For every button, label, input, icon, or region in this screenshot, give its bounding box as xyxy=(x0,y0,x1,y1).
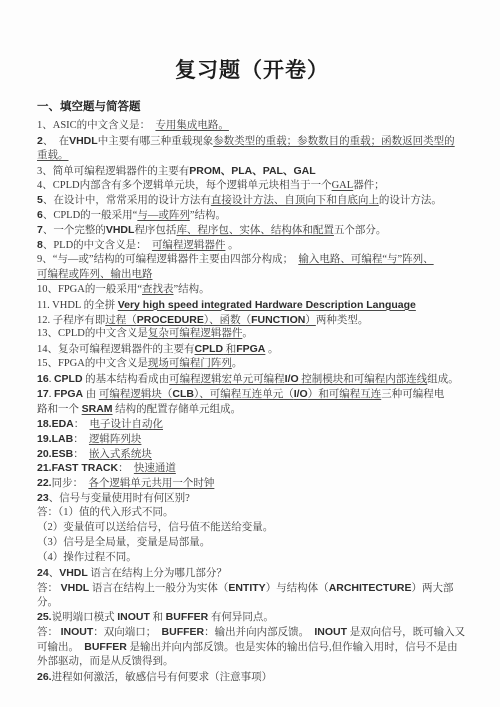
text-segment: SRAM xyxy=(82,403,113,415)
text-segment: 1、ASIC的中文含义是： xyxy=(37,120,155,131)
text-line: 13、CPLD的中文含义是复杂可编程逻辑器件。 xyxy=(37,327,467,342)
text-segment: 复杂可编程逻辑器件 xyxy=(148,328,243,339)
text-segment: BUFFER xyxy=(166,611,209,623)
text-segment: 输入电路、可编程“与”阵列、 xyxy=(298,254,433,265)
text-segment: 15、FPGA的中文含义是 xyxy=(37,358,148,369)
text-segment: 结构的配置存储单元组成。 xyxy=(113,404,242,415)
text-line: 7、一个完整的VHDL程序包括库、程序包、实体、结构体和配置五个部分。 xyxy=(37,223,467,238)
text-segment: 查找表 xyxy=(142,284,174,295)
text-line: 2、 在VHDL中主要有哪三种重载现象参数类型的重载；参数数目的重载；函数返回类… xyxy=(37,134,467,149)
text-line: 5、在设计中，常常采用的设计方法有直接设计方法、自顶向下和自底向上的设计方法。 xyxy=(37,193,467,208)
text-segment: PROCEDURE xyxy=(137,314,204,326)
text-segment: ENTITY xyxy=(228,582,265,594)
text-line: 23、信号与变量使用时有何区别? xyxy=(37,491,467,506)
text-segment: INOUT xyxy=(117,611,150,623)
text-segment: 各个逻辑单元共用一个时钟 xyxy=(88,478,214,489)
text-segment: 参数类型的重载；参数数目的重载；函数返回类型的 xyxy=(213,136,455,147)
text-segment: 两种类型。 xyxy=(316,315,369,326)
text-segment: 答： xyxy=(37,627,61,638)
text-segment: 、信号与变量使用时有何区别? xyxy=(49,493,190,504)
text-segment: 进程如何激活，敏感信号有何要求（注意事项） xyxy=(52,672,273,683)
text-segment: ）和可编程互连 xyxy=(308,389,382,400)
text-segment: Very high speed integrated Hardware Desc… xyxy=(118,299,416,311)
text-segment: 五个部分。 xyxy=(334,225,387,236)
text-segment: GAL xyxy=(332,180,354,191)
text-segment: 程序包括 xyxy=(134,225,176,236)
text-segment: 说明端口模式 xyxy=(52,612,118,623)
text-segment: （3）信号是全局量，变量是局部量。 xyxy=(37,537,210,548)
text-line: 6、CPLD的一般采用“与—或阵列”结构。 xyxy=(37,208,467,223)
text-segment: 分。 xyxy=(37,597,58,608)
text-segment: （4）操作过程不同。 xyxy=(37,552,137,563)
text-segment: 电子设计自动化 xyxy=(90,419,164,430)
text-segment: 答： xyxy=(37,583,61,594)
text-segment: ）与结构体（ xyxy=(266,583,329,594)
text-line: 26.进程如何激活，敏感信号有何要求（注意事项） xyxy=(37,670,467,685)
text-line: 17. FPGA 由 可编程逻辑块（CLB）、可编程互连单元（I/O）和可编程互… xyxy=(37,387,467,402)
text-line: 4、CPLD内部含有多个逻辑单元块，每个逻辑单元块相当于一个GAL器件； xyxy=(37,179,467,194)
text-segment: 4、CPLD内部含有多个逻辑单元块，每个逻辑单元块相当于一个 xyxy=(37,180,332,191)
text-line: 路和一个 SRAM 结构的配置存储单元组成。 xyxy=(37,402,467,417)
text-line: 外部驱动，而是从反馈得到。 xyxy=(37,655,467,670)
text-segment: 、 在 xyxy=(43,136,69,147)
text-segment: 答：（1）值的代入形式不同。 xyxy=(37,507,174,518)
text-line: 可输出。 BUFFER 是输出并向内部反馈。也是实体的输出信号,但作输入用时，信… xyxy=(37,640,467,655)
text-line: 10、FPGA的一般采用“查找表”结构。 xyxy=(37,283,467,298)
text-segment: BUFFER xyxy=(162,626,205,638)
text-segment: 12. 子程序有即 xyxy=(37,315,105,326)
text-segment: 过程（ xyxy=(105,315,137,326)
text-segment: （2）变量值可以送给信号，信号值不能送给变量。 xyxy=(37,522,273,533)
text-segment: ）、函数（ xyxy=(204,315,251,326)
text-segment: ： xyxy=(118,463,134,474)
text-segment: 21.FAST TRACK xyxy=(37,462,118,474)
text-segment: 中主要有哪三种重载现象 xyxy=(98,136,214,147)
text-segment: 是双向信号，既可输入又 xyxy=(347,627,465,638)
text-segment: 16 xyxy=(37,373,49,385)
text-line: 16. CPLD 的基本结构看成由可编程逻辑宏单元可编程I/O 控制模块和可编程… xyxy=(37,372,467,387)
text-segment: 。 xyxy=(232,358,243,369)
text-line: 25.说明端口模式 INOUT 和 BUFFER 有何异同点。 xyxy=(37,610,467,625)
document-page: 复习题（开卷） 一、填空题与简答题 1、ASIC的中文含义是： 专用集成电路。2… xyxy=(0,0,500,707)
text-segment: BUFFER xyxy=(84,641,127,653)
text-segment: ”结构。 xyxy=(174,284,210,295)
text-segment: 重载。 xyxy=(37,150,69,161)
text-segment: 、CPLD的一般采用“ xyxy=(43,210,138,221)
text-segment: 语言在结构上分为哪几部分？ xyxy=(88,568,227,579)
text-line: 8、PLD的中文含义是： 可编程逻辑器件 。 xyxy=(37,238,467,253)
text-line: 9、“与—或”结构的可编程逻辑器件主要由四部分构成； 输入电路、可编程“与”阵列… xyxy=(37,253,467,268)
text-segment: 。 xyxy=(225,240,238,251)
document-lines: 1、ASIC的中文含义是： 专用集成电路。2、 在VHDL中主要有哪三种重载现象… xyxy=(37,119,467,685)
text-line: 20.ESB： 嵌入式系统块 xyxy=(37,447,467,462)
text-segment: 由 xyxy=(83,389,99,400)
text-segment: I/O xyxy=(294,388,308,400)
text-line: 22.同步： 各个逻辑单元共用一个时钟 xyxy=(37,476,467,491)
text-segment: ：双向端口； xyxy=(93,627,161,638)
text-segment: 。 xyxy=(242,328,253,339)
text-segment: 、 xyxy=(49,568,60,579)
text-segment: 17 xyxy=(37,388,49,400)
text-line: 答：（1）值的代入形式不同。 xyxy=(37,506,467,521)
text-segment: ）、可编程互连单元（ xyxy=(194,389,294,400)
text-segment: VHDL xyxy=(61,582,90,594)
text-segment: 可编程逻辑宏单元可编程 xyxy=(169,374,285,385)
text-segment: FUNCTION xyxy=(251,314,305,326)
document-content: 复习题（开卷） 一、填空题与简答题 1、ASIC的中文含义是： 专用集成电路。2… xyxy=(37,54,467,685)
text-segment: 20.ESB xyxy=(37,448,73,460)
text-segment: 库、程序包、实体、结构体和配置 xyxy=(176,225,334,236)
text-segment: ： xyxy=(73,434,89,445)
text-segment: 路和一个 xyxy=(37,404,82,415)
text-segment: VHDL xyxy=(106,224,135,236)
text-segment: 和 xyxy=(150,612,166,623)
page-title: 复习题（开卷） xyxy=(37,54,467,84)
text-segment: 与—或阵列 xyxy=(137,210,190,221)
text-line: 19.LAB： 逻辑阵列块 xyxy=(37,432,467,447)
text-line: 1、ASIC的中文含义是： 专用集成电路。 xyxy=(37,119,467,134)
text-segment: 三种可编程电 xyxy=(381,389,444,400)
text-segment: 直接设计方法、自顶向下和自底向上 xyxy=(211,195,379,206)
text-segment: 10、FPGA的一般采用“ xyxy=(37,284,142,295)
text-segment: 现场可编程门阵列 xyxy=(148,358,232,369)
text-segment: 9、“与—或”结构的可编程逻辑器件主要由四部分构成； xyxy=(37,254,298,265)
text-line: 可编程或阵列、输出电路 xyxy=(37,268,467,283)
section-heading: 一、填空题与简答题 xyxy=(37,100,467,115)
text-segment: ”结构。 xyxy=(190,210,226,221)
text-segment: 、一个完整的 xyxy=(43,225,106,236)
text-line: 11. VHDL 的全拼 Very high speed integrated … xyxy=(37,298,467,313)
text-segment: INOUT xyxy=(61,626,94,638)
text-segment: 的设计方法。 xyxy=(379,195,442,206)
text-segment: 23 xyxy=(37,492,49,504)
text-segment: 可编程逻辑器件 xyxy=(152,240,226,251)
text-segment: 外部驱动，而是从反馈得到。 xyxy=(37,656,174,667)
text-segment: CPLD xyxy=(195,343,224,355)
text-segment: 19.LAB xyxy=(37,433,73,445)
text-segment: 是输出并向内部反馈。也是实体的输出信号,但作输入用时，信号不是由 xyxy=(127,642,458,653)
text-line: 重载。 xyxy=(37,149,467,164)
text-segment: 可输出。 xyxy=(37,642,84,653)
text-segment: FPGA xyxy=(236,343,265,355)
text-line: 3、简单可编程逻辑器件的主要有PROM、PLA、PAL、GAL xyxy=(37,164,467,179)
text-line: 12. 子程序有即过程（PROCEDURE）、函数（FUNCTION）两种类型。 xyxy=(37,313,467,328)
text-segment: 。 xyxy=(265,344,278,355)
text-line: （2）变量值可以送给信号，信号值不能送给变量。 xyxy=(37,521,467,536)
text-segment: 可编程或阵列、输出电路 xyxy=(37,269,153,280)
text-segment: 24 xyxy=(37,567,49,579)
text-line: 21.FAST TRACK： 快速通道 xyxy=(37,461,467,476)
text-segment: 嵌入式系统块 xyxy=(89,449,152,460)
text-segment: ： xyxy=(74,419,90,430)
text-segment: 控制模块和可编程内部连线 xyxy=(299,374,428,385)
text-segment: 18.EDA xyxy=(37,418,74,430)
text-line: 答： INOUT：双向端口； BUFFER：输出并向内部反馈。 INOUT 是双… xyxy=(37,625,467,640)
text-segment: 25. xyxy=(37,611,52,623)
text-segment: INOUT xyxy=(314,626,347,638)
text-segment: 、PLD的中文含义是： xyxy=(43,240,152,251)
text-segment: VHDL xyxy=(59,567,88,579)
text-line: 14、复杂可编程逻辑器件的主要有CPLD 和FPGA 。 xyxy=(37,342,467,357)
text-line: 答： VHDL 语言在结构上一般分为实体（ENTITY）与结构体（ARCHITE… xyxy=(37,581,467,596)
text-segment: 逻辑阵列块 xyxy=(89,434,142,445)
text-segment: 14、复杂可编程逻辑器件的主要有 xyxy=(37,344,195,355)
text-segment: CLB xyxy=(172,388,194,400)
text-line: 24、VHDL 语言在结构上分为哪几部分？ xyxy=(37,566,467,581)
text-segment: FPGA xyxy=(54,388,83,400)
text-segment: ARCHITECTURE xyxy=(329,582,412,594)
text-segment: PROM、PLA、PAL、GAL xyxy=(189,165,315,177)
text-line: 18.EDA： 电子设计自动化 xyxy=(37,417,467,432)
text-segment: 、在设计中，常常采用的设计方法有 xyxy=(43,195,211,206)
text-line: 15、FPGA的中文含义是现场可编程门阵列。 xyxy=(37,357,467,372)
text-segment: 3、简单可编程逻辑器件的主要有 xyxy=(37,166,189,177)
text-segment: VHDL xyxy=(69,135,98,147)
text-segment: ：输出并向内部反馈。 xyxy=(204,627,314,638)
text-segment: ： xyxy=(73,449,89,460)
text-segment: 同步： xyxy=(52,478,89,489)
text-segment: 语言在结构上一般分为实体（ xyxy=(89,583,228,594)
text-segment: 有何异同点。 xyxy=(208,612,274,623)
text-segment: 专用集成电路。 xyxy=(155,120,229,131)
text-line: （4）操作过程不同。 xyxy=(37,551,467,566)
text-segment: CPLD xyxy=(54,373,83,385)
text-segment: 快速通道 xyxy=(134,463,176,474)
text-segment: 13、CPLD的中文含义是 xyxy=(37,328,148,339)
text-segment: 26. xyxy=(37,671,52,683)
text-line: （3）信号是全局量，变量是局部量。 xyxy=(37,536,467,551)
text-segment: 的基本结构看成由 xyxy=(83,374,170,385)
text-segment: ） xyxy=(305,315,316,326)
text-line: 分。 xyxy=(37,596,467,611)
text-segment: I/O xyxy=(285,373,299,385)
text-segment: 11. VHDL 的全拼 xyxy=(37,300,118,311)
text-segment: ）两大部 xyxy=(412,583,454,594)
text-segment: 22. xyxy=(37,477,52,489)
text-segment: 组成。 xyxy=(427,374,459,385)
text-segment: 可编程逻辑块（ xyxy=(99,389,173,400)
text-segment: 器件； xyxy=(353,180,385,191)
text-segment: 和 xyxy=(223,344,236,355)
